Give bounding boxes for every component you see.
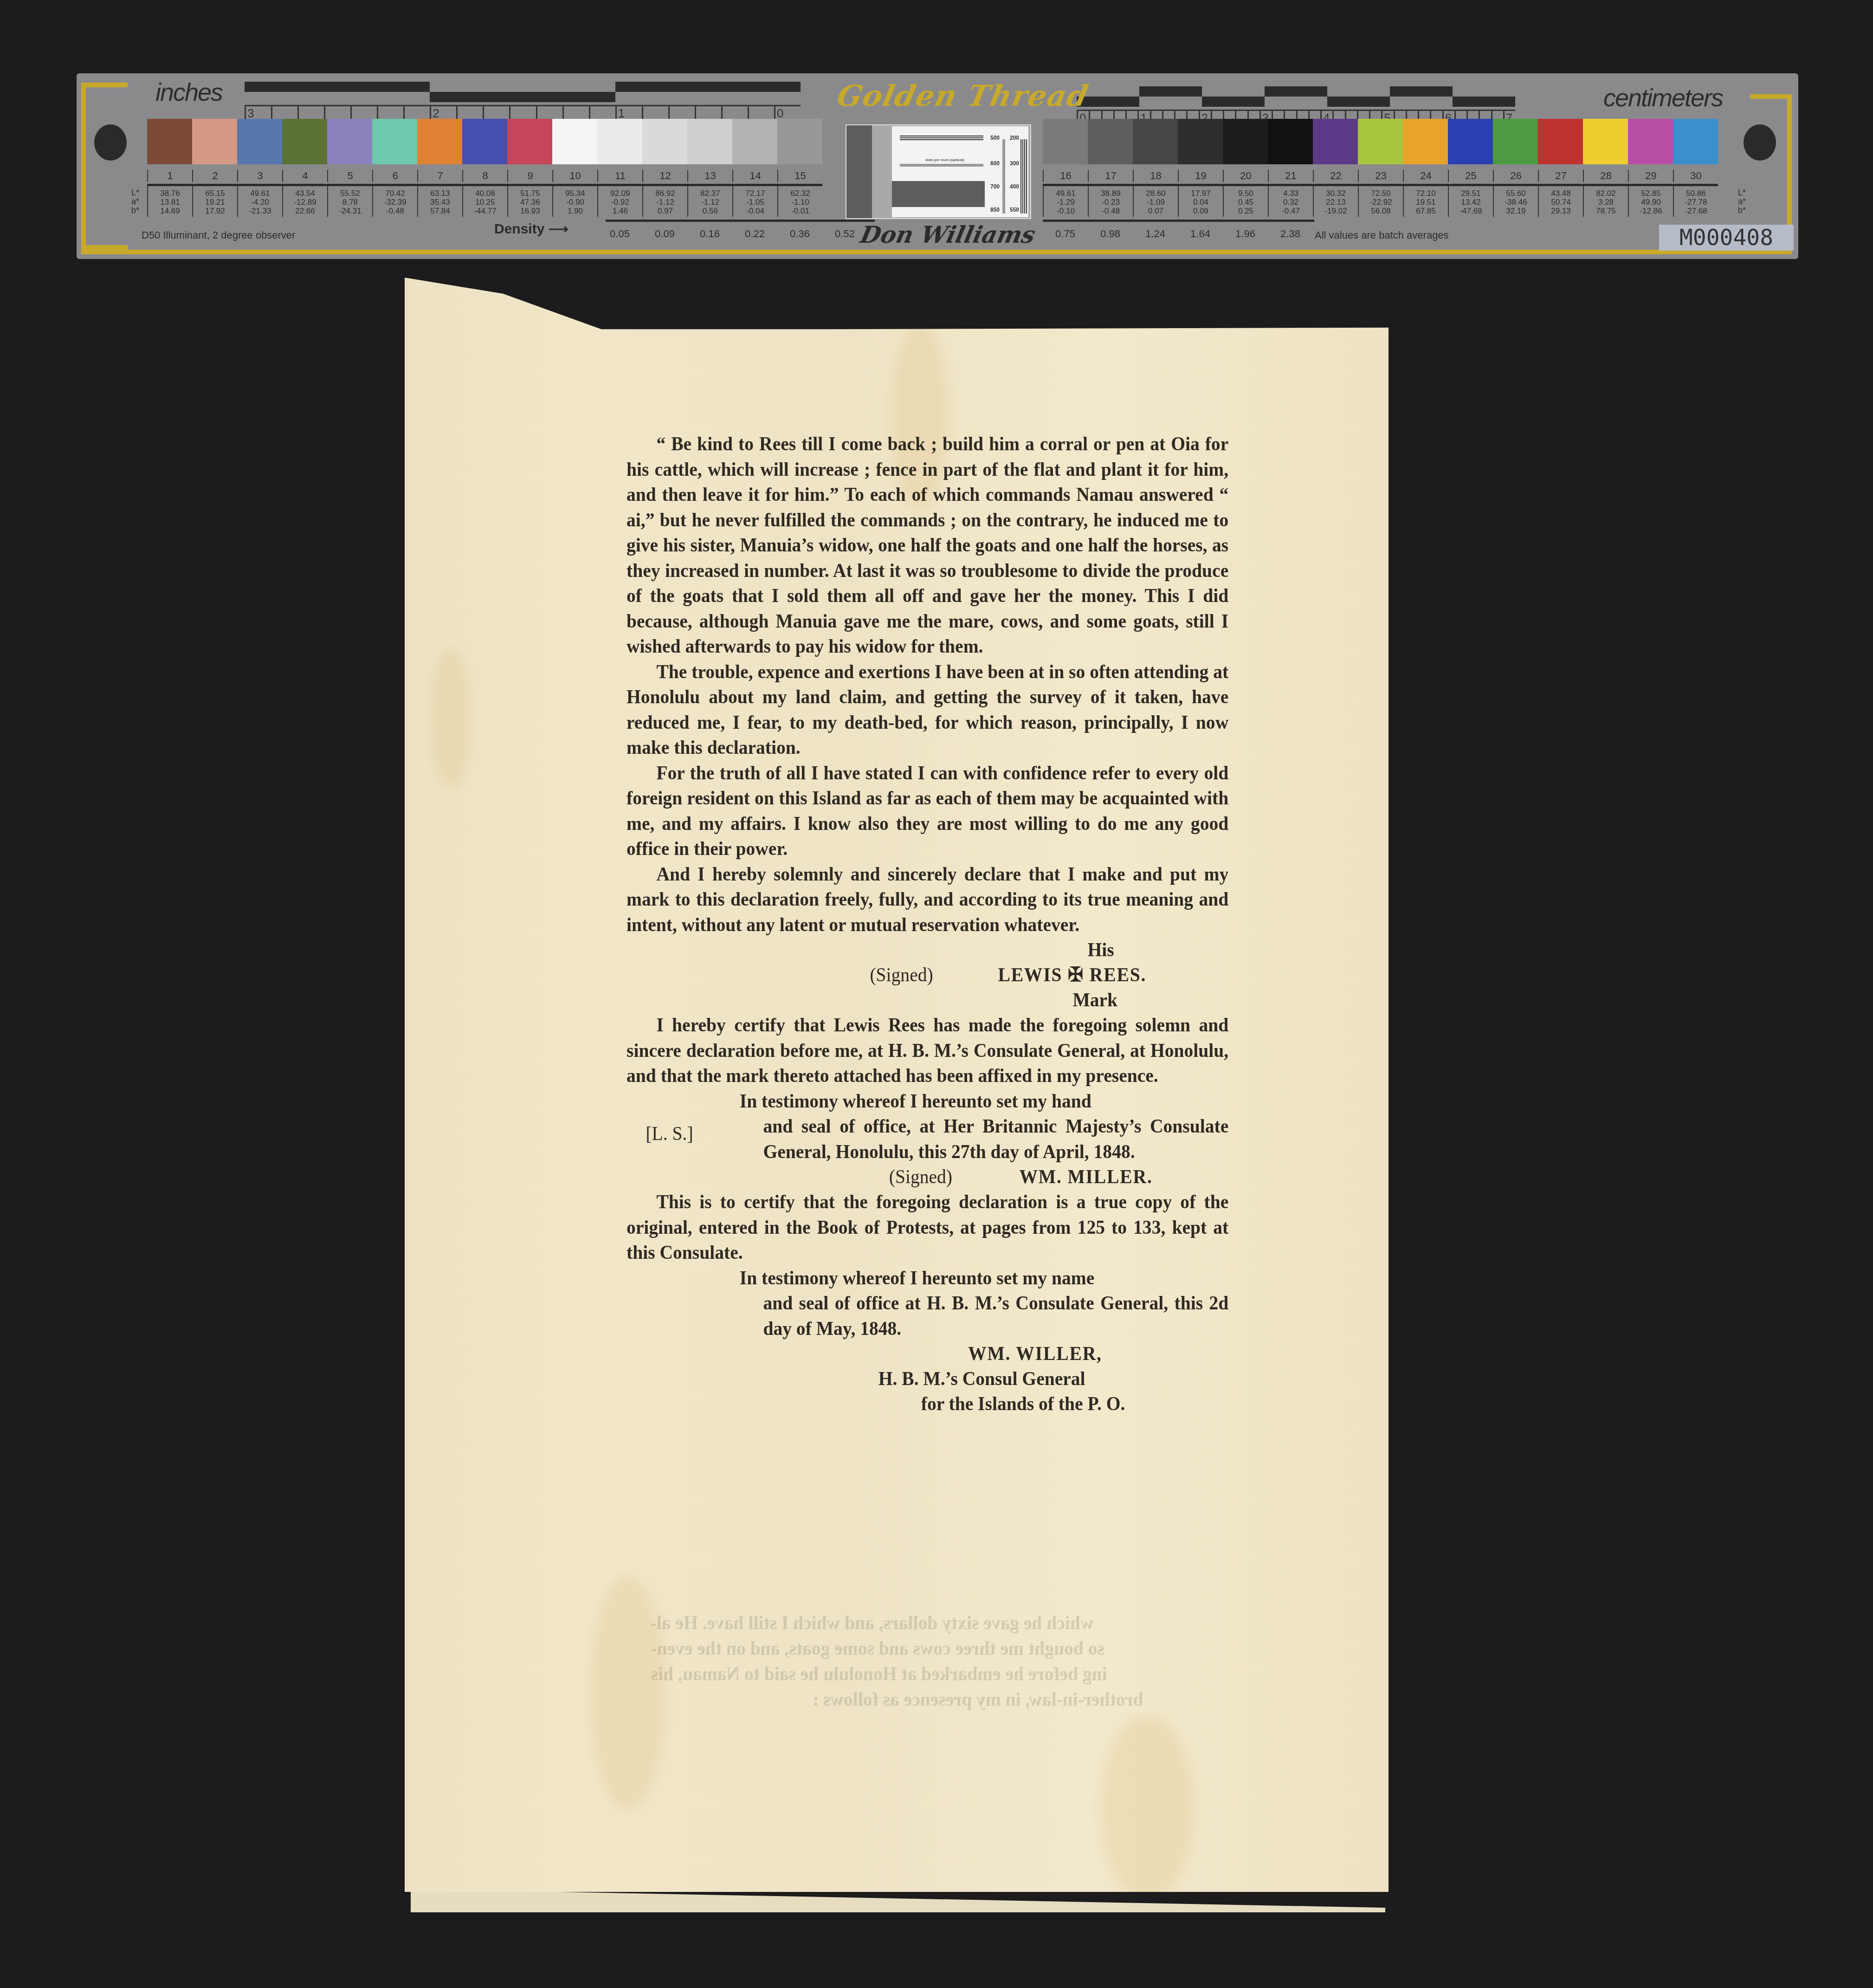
- color-patch: [1313, 119, 1358, 164]
- lab-key-right: L* a* b*: [1738, 188, 1746, 215]
- lewis-rees-signature-row: (Signed) LEWIS ✠ REES.: [626, 963, 1228, 988]
- lab-values-left: 38.76 13.81 14.6965.15 19.21 17.9249.61 …: [147, 184, 822, 217]
- density-value: 0.98: [1088, 228, 1133, 240]
- ruler-tick: 1: [615, 106, 642, 120]
- patch-number: 25: [1448, 170, 1493, 182]
- inches-label: inches: [155, 78, 222, 107]
- miller-signature-row: (Signed) WM. MILLER.: [626, 1165, 1228, 1190]
- density-value: 0.09: [642, 228, 687, 240]
- lab-value: 51.75 47.36 16.93: [507, 186, 552, 217]
- density-value: 1.96: [1223, 228, 1268, 240]
- paper-stain: [1101, 1716, 1194, 1902]
- signer-wm-miller: WM. MILLER.: [1019, 1165, 1152, 1190]
- lab-value: 70.42 -32.39 -0.48: [372, 186, 417, 217]
- color-patch: [1223, 119, 1268, 164]
- patch-number: 17: [1088, 170, 1133, 182]
- color-patch: [417, 119, 462, 164]
- signed-label: (Signed): [889, 1165, 952, 1190]
- patch-number: 18: [1133, 170, 1178, 182]
- density-value: 0.22: [732, 228, 777, 240]
- density-label: Density ⟶: [494, 221, 568, 237]
- target-id-label: M000408: [1659, 225, 1794, 251]
- declaration-text: “ Be kind to Rees till I come back ; bui…: [626, 432, 1228, 1417]
- lab-value: 49.61 -4.20 -21.33: [237, 186, 282, 217]
- lab-value: 38.76 13.81 14.69: [147, 186, 192, 217]
- patch-number: 9: [507, 170, 552, 182]
- density-label-text: Density: [494, 221, 544, 237]
- dpi-label: 200: [1010, 135, 1019, 141]
- lab-value: 72.10 19.51 67.85: [1403, 186, 1448, 217]
- lab-value: 86.92 -1.12 0.97: [642, 186, 687, 217]
- patch-number: 27: [1538, 170, 1583, 182]
- lab-value: 40.08 10.25 -44.77: [462, 186, 507, 217]
- color-patch: [597, 119, 642, 164]
- lab-value: 55.52 8.78 -24.31: [327, 186, 372, 217]
- lab-value: 4.33 0.32 -0.47: [1268, 186, 1313, 217]
- patch-number: 4: [282, 170, 327, 182]
- batch-note: All values are batch averages: [1315, 229, 1449, 241]
- color-patch: [1088, 119, 1133, 164]
- patch-number: 29: [1628, 170, 1673, 182]
- density-value: 1.64: [1178, 228, 1223, 240]
- density-value: 1.24: [1133, 228, 1178, 240]
- patch-number: 16: [1043, 170, 1088, 182]
- testimony-2-rest: and seal of office at H. B. M.’s Consula…: [763, 1291, 1228, 1341]
- color-patch: [777, 119, 822, 164]
- ruler-tick: [668, 106, 695, 120]
- closing-title-row-1: H. B. M.’s Consul General: [626, 1366, 1228, 1392]
- gold-frame-bottom: [81, 250, 1792, 254]
- color-patch: [1178, 119, 1223, 164]
- lab-value: 17.97 0.04 0.09: [1178, 186, 1223, 217]
- color-patch: [552, 119, 597, 164]
- paragraph-truth: For the truth of all I have stated I can…: [626, 761, 1228, 862]
- patch-number: 5: [327, 170, 372, 182]
- color-patch: [1358, 119, 1403, 164]
- density-values-left: 0.050.090.160.220.360.52: [597, 228, 867, 240]
- ruler-tick: [271, 106, 297, 120]
- lab-value: 95.34 -0.90 1.90: [552, 186, 597, 217]
- lab-key-left: L* a* b*: [131, 188, 139, 215]
- underlying-sheet-edge: [411, 1889, 1385, 1912]
- closing-title-row-2: for the Islands of the P. O.: [626, 1392, 1228, 1417]
- density-value: 0.36: [777, 228, 822, 240]
- paragraph-declaration: And I hereby solemnly and sincerely decl…: [626, 862, 1228, 938]
- patch-number: 8: [462, 170, 507, 182]
- ruler-tick: [297, 106, 324, 120]
- lab-value: 72.17 -1.05 -0.04: [732, 186, 777, 217]
- color-patch: [237, 119, 282, 164]
- vertical-bar: [1002, 139, 1005, 214]
- dpi-label: 400: [1010, 183, 1019, 190]
- color-patch: [1538, 119, 1583, 164]
- color-patch: [147, 119, 192, 164]
- seal-mark: [L. S.]: [646, 1121, 693, 1147]
- ruler-tick: [324, 106, 350, 120]
- patch-number: 11: [597, 170, 642, 182]
- patch-number: 23: [1358, 170, 1403, 182]
- color-patch: [327, 119, 372, 164]
- lab-value: 28.60 -1.09 0.07: [1133, 186, 1178, 217]
- ruler-tick: 0: [774, 106, 801, 120]
- lab-value: 52.85 49.90 -12.86: [1628, 186, 1673, 217]
- mark-his-row: His: [626, 938, 1228, 963]
- paragraph-certify: I hereby certify that Lewis Rees has mad…: [626, 1013, 1228, 1089]
- patch-number: 3: [237, 170, 282, 182]
- patch-number: 30: [1673, 170, 1718, 182]
- density-value: 0.75: [1043, 228, 1088, 240]
- mark-label-row: Mark: [626, 988, 1228, 1013]
- lab-value: 72.50 -22.92 56.08: [1358, 186, 1403, 217]
- color-patch: [462, 119, 507, 164]
- color-patch: [1493, 119, 1538, 164]
- density-value: 2.38: [1268, 228, 1313, 240]
- lab-value: 38.89 -0.23 -0.48: [1088, 186, 1133, 217]
- signer-lewis-rees: LEWIS ✠ REES.: [998, 963, 1146, 988]
- patch-number: 22: [1313, 170, 1358, 182]
- dpi-label: 850: [990, 207, 1000, 213]
- ruler-tick: [350, 106, 377, 120]
- bleedthrough-line: which he gave sixty dollars, and which I…: [651, 1611, 1094, 1636]
- ruler-tick: [456, 106, 483, 120]
- patch-numbers-left: 123456789101112131415: [147, 170, 822, 182]
- color-patch: [1673, 119, 1718, 164]
- resolution-target: dots per inch (optical) 500 600 700 850 …: [846, 124, 1031, 219]
- ruler-tick: [377, 106, 403, 120]
- color-patch: [507, 119, 552, 164]
- density-rule-left: [606, 220, 875, 222]
- arrow-right-icon: ⟶: [549, 221, 568, 237]
- dpi-label: 300: [1010, 160, 1019, 167]
- closing-name: WM. WILLER,: [968, 1341, 1102, 1367]
- lab-value: 29.51 13.42 -47.69: [1448, 186, 1493, 217]
- mounting-hole-right: [1744, 124, 1776, 161]
- lab-value: 62.32 -1.10 -0.01: [777, 186, 822, 217]
- density-values-right: 0.750.981.241.641.962.38: [1043, 228, 1313, 240]
- dpi-caption: dots per inch (optical): [925, 158, 964, 162]
- bleedthrough-line: so bought me three cows and some goats, …: [651, 1636, 1104, 1662]
- density-value: 0.16: [687, 228, 732, 240]
- patch-number: 24: [1403, 170, 1448, 182]
- patch-number: 21: [1268, 170, 1313, 182]
- lab-value: 49.61 -1.29 -0.10: [1043, 186, 1088, 217]
- lab-value: 55.60 -38.46 32.19: [1493, 186, 1538, 217]
- lab-value: 9.50 0.45 0.25: [1223, 186, 1268, 217]
- signed-label: (Signed): [870, 963, 933, 988]
- density-value: 0.05: [597, 228, 642, 240]
- color-patch: [1448, 119, 1493, 164]
- brand-logo: Golden Thread: [834, 79, 1092, 113]
- patch-number: 19: [1178, 170, 1223, 182]
- lab-value: 82.37 -1.12 0.56: [687, 186, 732, 217]
- patch-number: 26: [1493, 170, 1538, 182]
- ruler-tick: [536, 106, 562, 120]
- patch-number: 12: [642, 170, 687, 182]
- color-patch: [642, 119, 687, 164]
- dpi-label: 600: [990, 160, 1000, 167]
- dpi-label: 550: [1010, 207, 1019, 213]
- testimony-1-rest: and seal of office, at Her Britannic Maj…: [763, 1114, 1228, 1165]
- patch-number: 14: [732, 170, 777, 182]
- ruler-tick: [642, 106, 668, 120]
- patch-number: 15: [777, 170, 822, 182]
- lab-value: 43.48 50.74 29.13: [1538, 186, 1583, 217]
- color-patch: [1268, 119, 1313, 164]
- patch-number: 6: [372, 170, 417, 182]
- mark-label: Mark: [1072, 988, 1117, 1013]
- ruler-tick: [721, 106, 748, 120]
- color-patches-left: [147, 119, 822, 164]
- ruler-tick: 3: [245, 106, 271, 120]
- patch-number: 28: [1583, 170, 1628, 182]
- color-patch: [1403, 119, 1448, 164]
- gold-frame-left: [81, 83, 128, 250]
- vertical-line-pairs: [1020, 139, 1027, 214]
- paper-stain: [433, 649, 470, 788]
- lab-value: 30.32 22.13 -19.02: [1313, 186, 1358, 217]
- color-patch: [372, 119, 417, 164]
- density-value: 0.52: [822, 228, 867, 240]
- paragraph-namau-commands: “ Be kind to Rees till I come back ; bui…: [626, 432, 1228, 660]
- patch-number: 10: [552, 170, 597, 182]
- color-patch: [192, 119, 237, 164]
- ruler-tick: [403, 106, 430, 120]
- closing-title-2: for the Islands of the P. O.: [921, 1392, 1125, 1417]
- patch-number: 7: [417, 170, 462, 182]
- lab-value: 50.86 -27.78 -27.68: [1673, 186, 1718, 217]
- lab-value: 63.13 35.43 57.84: [417, 186, 462, 217]
- bleedthrough-line: brother-in-law, in my presence as follow…: [813, 1687, 1143, 1713]
- color-patch: [282, 119, 327, 164]
- signature-logo: Don Williams: [858, 221, 1038, 248]
- paragraph-trouble: The trouble, expence and exertions I hav…: [626, 660, 1228, 761]
- patch-number: 13: [687, 170, 732, 182]
- patch-numbers-right: 161718192021222324252627282930: [1043, 170, 1718, 182]
- color-patches-right: [1043, 119, 1718, 164]
- ruler-tick: 2: [430, 106, 456, 120]
- lab-values-right: 49.61 -1.29 -0.1038.89 -0.23 -0.4828.60 …: [1043, 184, 1718, 217]
- centimeters-label: centimeters: [1603, 84, 1723, 112]
- ruler-tick: [589, 106, 615, 120]
- patch-number: 1: [147, 170, 192, 182]
- bleedthrough-line: ing before he embarked at Honolulu he sa…: [651, 1662, 1107, 1687]
- ruler-tick: [748, 106, 774, 120]
- ruler-tick: [562, 106, 589, 120]
- testimony-block-1: In testimony whereof I hereunto set my h…: [626, 1089, 1228, 1165]
- color-patch: [1628, 119, 1673, 164]
- gray-wedge-bottom: [892, 181, 985, 207]
- color-patch: [1133, 119, 1178, 164]
- color-patch: [732, 119, 777, 164]
- mounting-hole-left: [94, 124, 127, 161]
- closing-name-row: WM. WILLER,: [626, 1341, 1228, 1366]
- patch-number: 20: [1223, 170, 1268, 182]
- illuminant-note: D50 Illuminant, 2 degree observer: [142, 229, 295, 241]
- closing-title-1: H. B. M.’s Consul General: [878, 1366, 1085, 1392]
- horizontal-line-pairs: [900, 136, 983, 141]
- gray-wedge: [846, 125, 872, 218]
- ruler-tick: [695, 106, 721, 120]
- ruler-tick: [509, 106, 536, 120]
- horizontal-bar: [900, 164, 983, 167]
- ruler-tick: [483, 106, 509, 120]
- lab-value: 65.15 19.21 17.92: [192, 186, 237, 217]
- paragraph-true-copy: This is to certify that the foregoing de…: [626, 1190, 1228, 1266]
- patch-number: 2: [192, 170, 237, 182]
- lab-value: 43.54 -12.89 22.66: [282, 186, 327, 217]
- mark-his: His: [1088, 938, 1114, 963]
- lab-value: 92.09 -0.92 1.46: [597, 186, 642, 217]
- testimony-1-first-line: In testimony whereof I hereunto set my h…: [740, 1089, 1228, 1114]
- color-patch: [1043, 119, 1088, 164]
- color-patch: [1583, 119, 1628, 164]
- dpi-label: 700: [990, 183, 1000, 190]
- testimony-2-first-line: In testimony whereof I hereunto set my n…: [740, 1266, 1228, 1291]
- lab-value: 82.02 3.28 78.75: [1583, 186, 1628, 217]
- density-rule-right: [1043, 220, 1314, 222]
- dpi-label: 500: [990, 135, 1000, 141]
- color-patch: [687, 119, 732, 164]
